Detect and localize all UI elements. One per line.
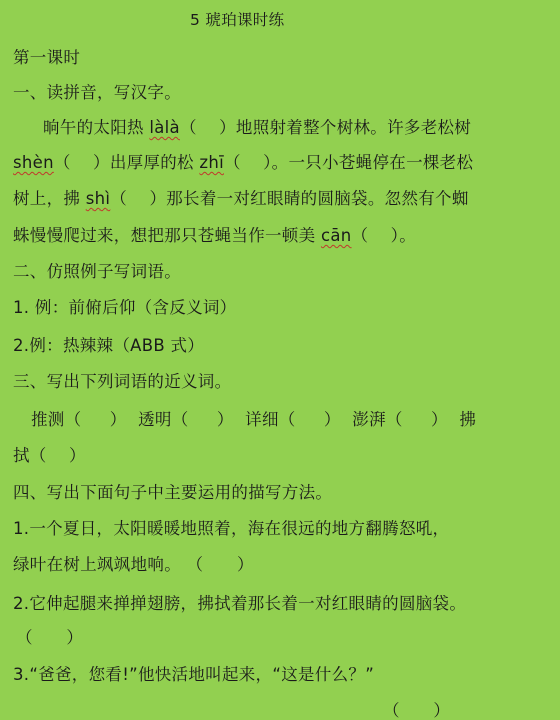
section3-heading: 三、写出下列词语的近义词。	[13, 371, 231, 393]
section4-item1b: 绿叶在树上飒飒地响。 （ ）	[13, 554, 254, 576]
text: （ ）地照射着整个树林。许多老松树	[180, 118, 471, 137]
section1-line2: shèn（ ）出厚厚的松 zhī（ ）。一只小苍蝇停在一棵老松	[13, 152, 473, 174]
pinyin: cān	[321, 226, 352, 245]
section2-item1: 1. 例：前俯后仰（含反义词）	[13, 297, 237, 319]
section3-words: 推测（ ） 透明（ ） 详细（ ） 澎湃（ ） 拂	[31, 409, 476, 431]
lesson-label: 第一课时	[13, 47, 80, 69]
section2-item2: 2.例：热辣辣（ABB 式）	[13, 335, 204, 357]
pinyin: shèn	[13, 153, 54, 172]
text: （ ）那长着一对红眼睛的圆脑袋。忽然有个蜘	[110, 189, 468, 208]
section4-item1a: 1.一个夏日，太阳暖暖地照着，海在很远的地方翻腾怒吼，	[13, 518, 449, 540]
text: 晌午的太阳热	[43, 118, 144, 137]
section4-item2b: （ ）	[16, 627, 83, 649]
section4-item3b: （ ）	[383, 700, 450, 720]
text: 树上，拂	[13, 189, 80, 208]
pinyin: shì	[86, 189, 111, 208]
section1-line1: 晌午的太阳热 làlà（ ）地照射着整个树林。许多老松树	[43, 117, 471, 139]
pinyin: làlà	[149, 118, 180, 137]
pinyin: zhī	[199, 153, 224, 172]
section1-line4: 蛛慢慢爬过来，想把那只苍蝇当作一顿美 cān（ ）。	[13, 225, 416, 247]
page-title: 5 琥珀课时练	[190, 9, 284, 31]
text: （ ）出厚厚的松	[54, 153, 194, 172]
section4-item2a: 2.它伸起腿来掸掸翅膀，拂拭着那长着一对红眼睛的圆脑袋。	[13, 593, 466, 615]
section2-heading: 二、仿照例子写词语。	[13, 261, 181, 283]
section3-words2: 拭（ ）	[13, 445, 86, 467]
section4-item3a: 3.“爸爸，您看!”他快活地叫起来，“这是什么？”	[13, 664, 374, 686]
section1-heading: 一、读拼音，写汉字。	[13, 82, 181, 104]
section4-heading: 四、写出下面句子中主要运用的描写方法。	[13, 482, 332, 504]
text: 蛛慢慢爬过来，想把那只苍蝇当作一顿美	[13, 226, 315, 245]
text: （ ）。	[352, 226, 417, 245]
text: （ ）。一只小苍蝇停在一棵老松	[224, 153, 473, 172]
section1-line3: 树上，拂 shì（ ）那长着一对红眼睛的圆脑袋。忽然有个蜘	[13, 188, 469, 210]
